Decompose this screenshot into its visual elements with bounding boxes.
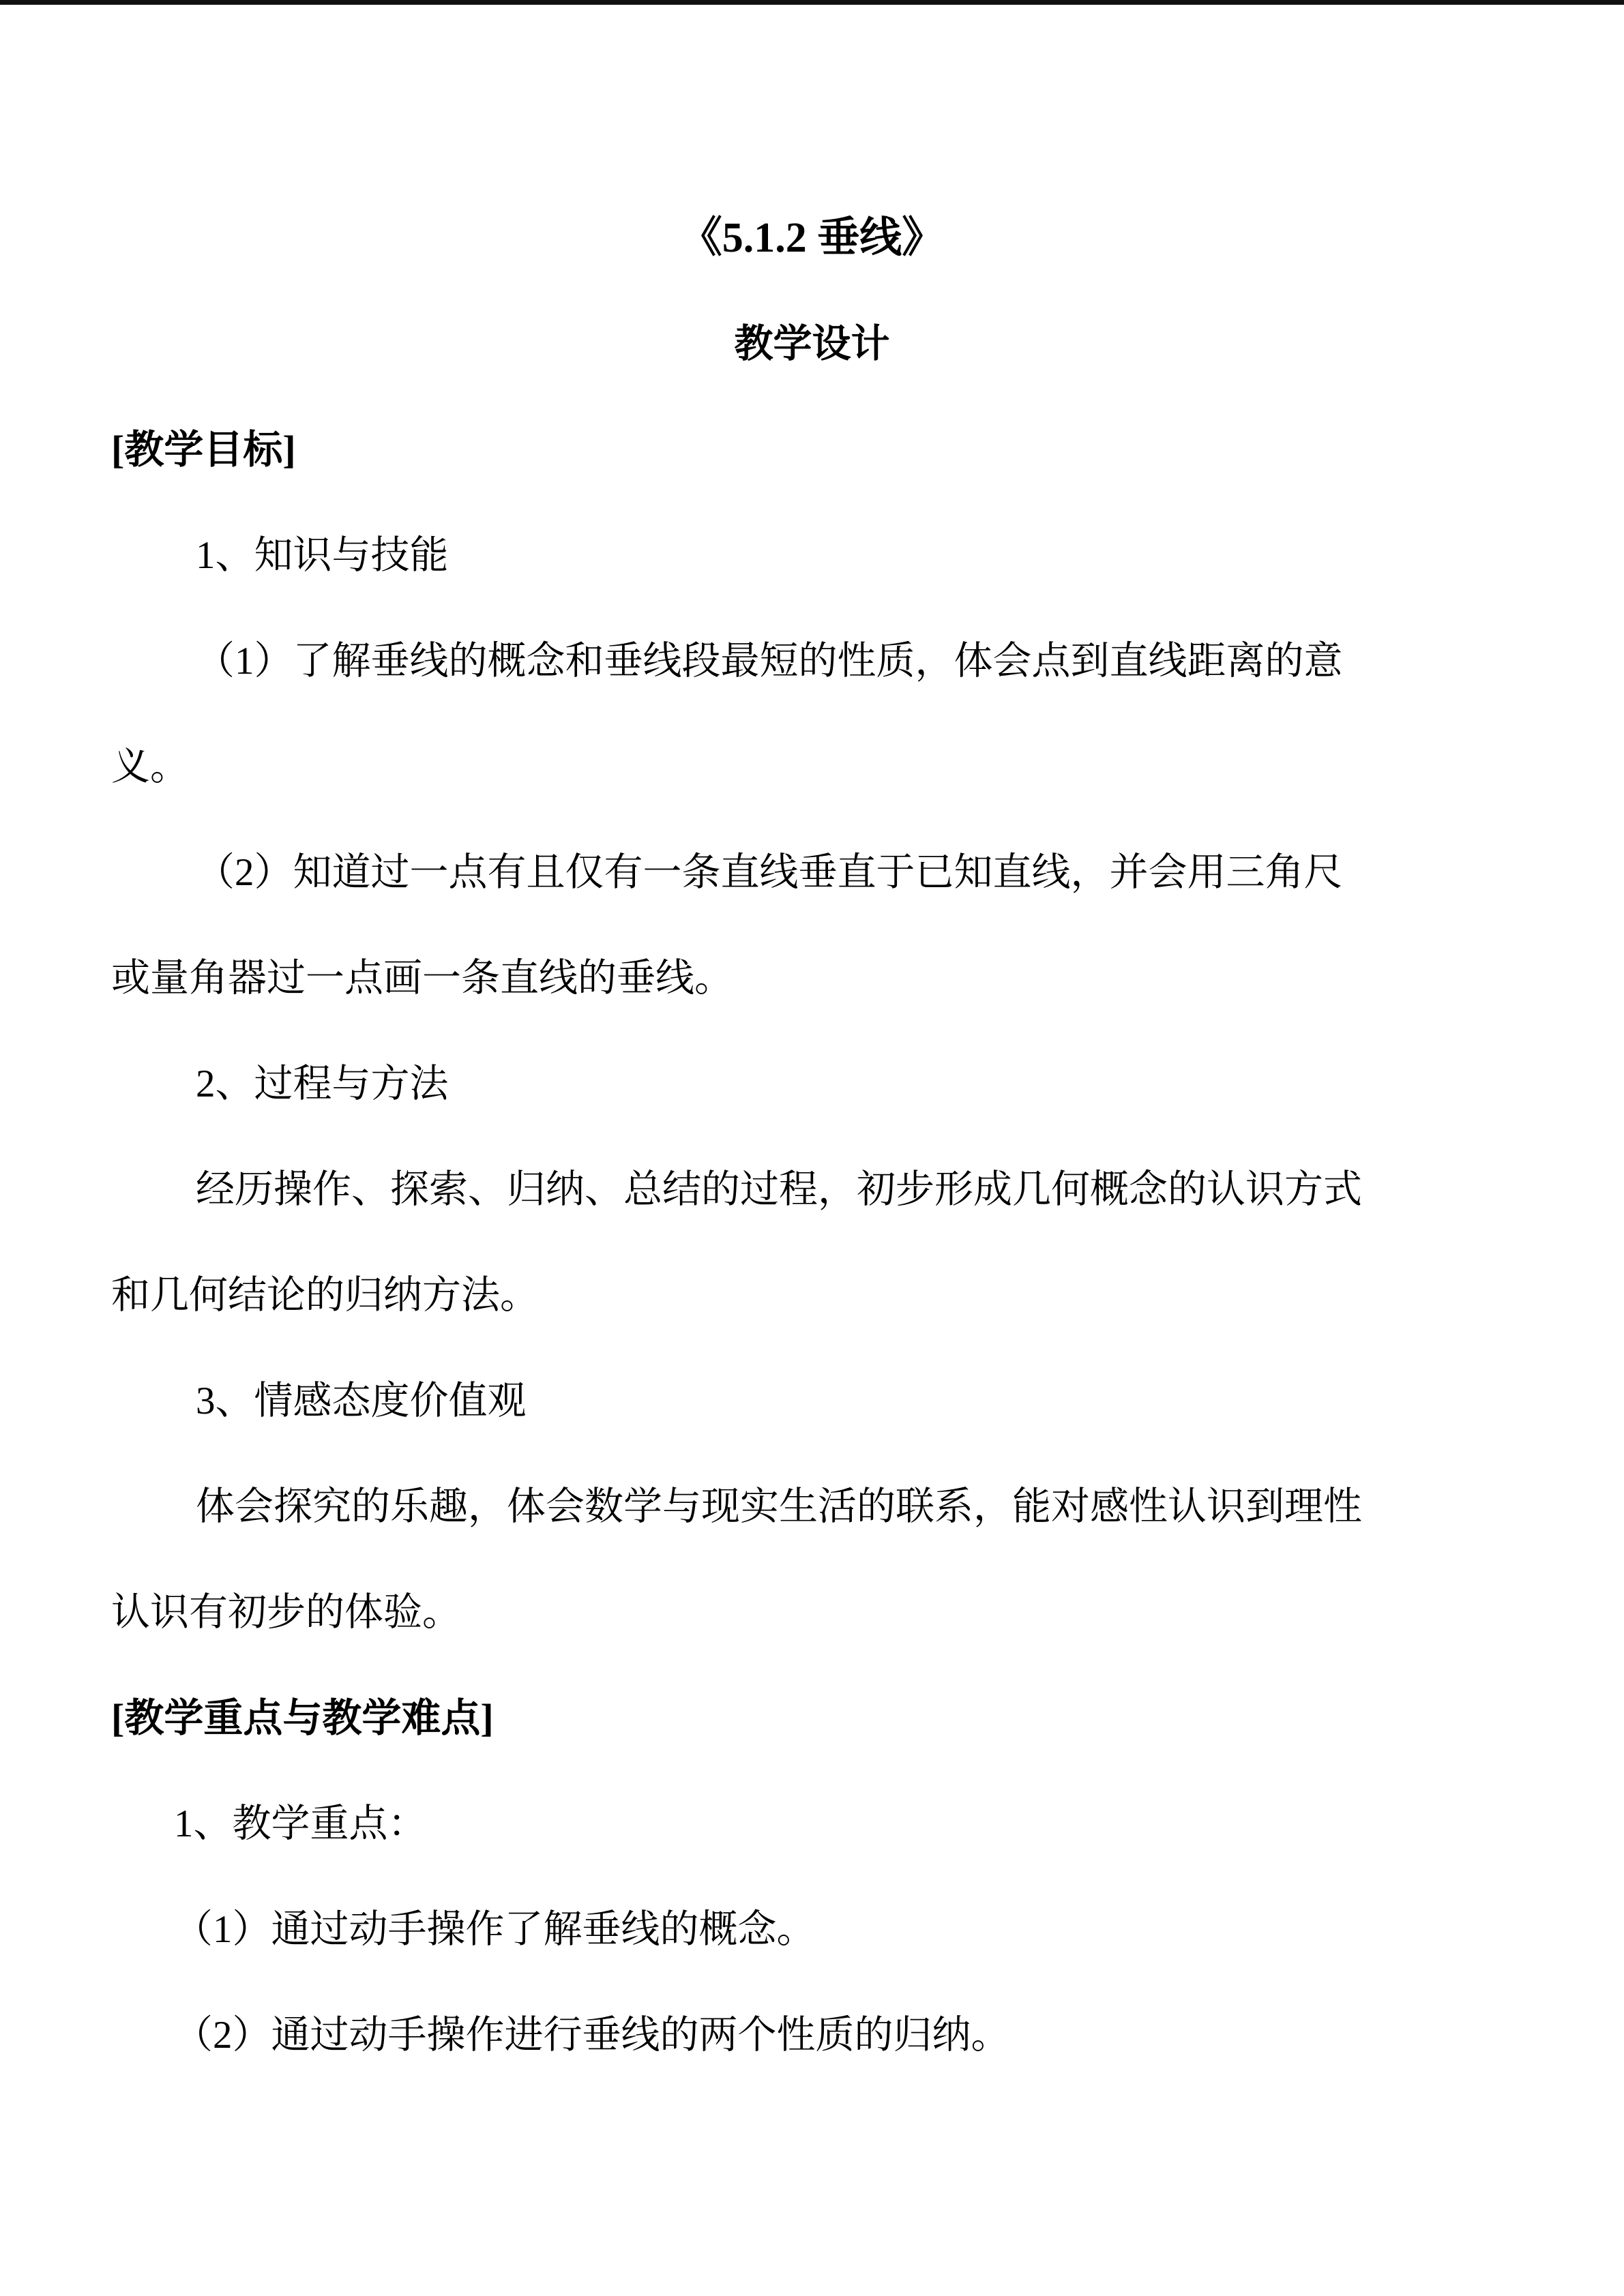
paragraph-line: （1）通过动手操作了解垂线的概念。	[0, 1877, 1624, 1982]
doc-subtitle: 教学设计	[0, 291, 1624, 397]
paragraph-line: 1、知识与技能	[0, 503, 1624, 608]
paragraph-continuation-line: 认识有初步的体验。	[0, 1560, 1624, 1665]
paragraph-line: （1）了解垂线的概念和垂线段最短的性质，体会点到直线距离的意	[0, 608, 1624, 714]
paragraph-line: （2）通过动手操作进行垂线的两个性质的归纳。	[0, 1982, 1624, 2088]
paragraph-line: 经历操作、探索、归纳、总结的过程，初步形成几何概念的认识方式	[0, 1137, 1624, 1242]
paragraph-line: 3、情感态度价值观	[0, 1348, 1624, 1454]
paragraph-continuation-line: 和几何结论的归纳方法。	[0, 1242, 1624, 1348]
doc-title: 《5.1.2 垂线》	[0, 185, 1624, 291]
paragraph-continuation-line: 或量角器过一点画一条直线的垂线。	[0, 925, 1624, 1031]
paragraph-continuation-line: 义。	[0, 714, 1624, 820]
paragraph-line: （2）知道过一点有且仅有一条直线垂直于已知直线，并会用三角尺	[0, 820, 1624, 925]
section-heading: [教学目标]	[0, 397, 1624, 503]
page-top-border	[0, 0, 1624, 5]
section-heading: [教学重点与教学难点]	[0, 1665, 1624, 1771]
document-page: 《5.1.2 垂线》教学设计[教学目标]1、知识与技能（1）了解垂线的概念和垂线…	[0, 0, 1624, 2296]
paragraph-line: 体会探究的乐趣，体会数学与现实生活的联系，能对感性认识到理性	[0, 1454, 1624, 1560]
document-body: 《5.1.2 垂线》教学设计[教学目标]1、知识与技能（1）了解垂线的概念和垂线…	[0, 0, 1624, 2088]
paragraph-line: 2、过程与方法	[0, 1031, 1624, 1137]
paragraph-line: 1、教学重点：	[0, 1771, 1624, 1877]
